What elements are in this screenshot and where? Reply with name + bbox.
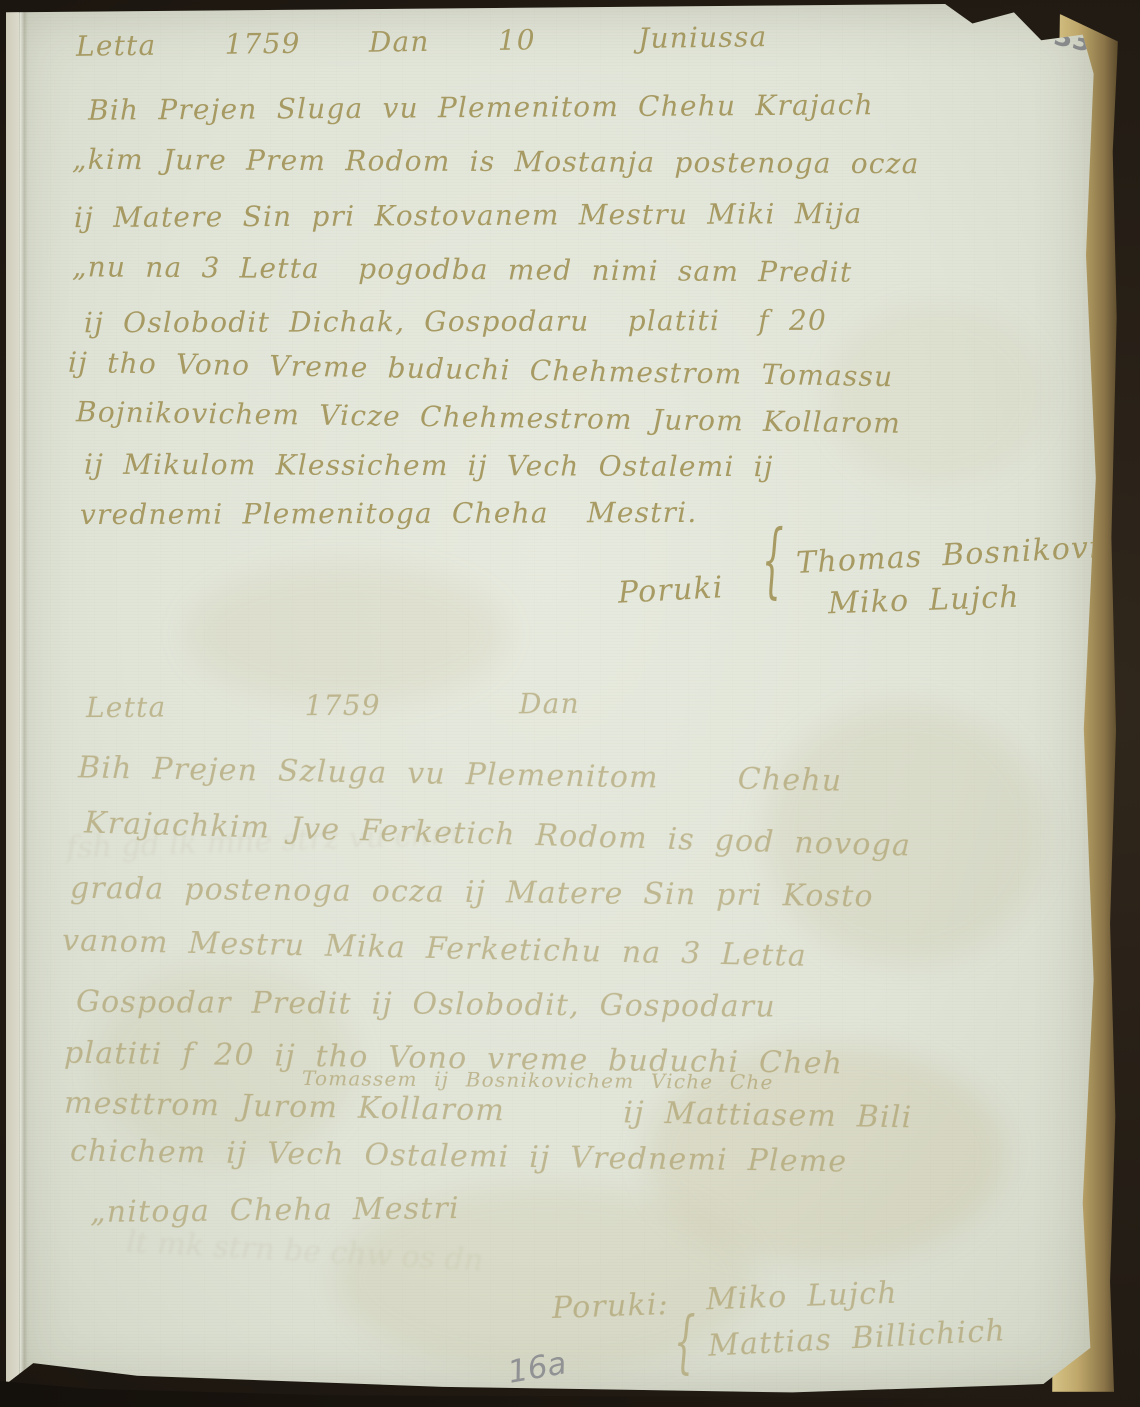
brace-glyph: { [762, 544, 785, 578]
page-left-edge [6, 4, 19, 1398]
manuscript-page: ​fsh gd lk mne strz vu chm ​lt mk strn b… [6, 4, 1098, 1398]
brace-glyph: { [674, 1326, 697, 1360]
manuscript-line: „nitoga Cheha Mestri [90, 1194, 460, 1228]
witness-signature: Miko Lujch [828, 583, 1021, 620]
manuscript-line: vrednemi Plemenitoga Cheha Mestri. [80, 499, 698, 529]
binding-crease [20, 4, 28, 1398]
guarantor-label: Poruki [617, 573, 724, 608]
entry-heading: Letta 1759 Dan [86, 690, 580, 722]
manuscript-line: ij Oslobodit Dichak, Gospodaru platiti f… [84, 307, 827, 338]
manuscript-line: ij Matere Sin pri Kostovanem Mestru Miki… [74, 200, 863, 232]
guarantor-label: Poruki: [552, 1290, 670, 1324]
manuscript-line: „kim Jure Prem Rodom is Mostanja posteno… [72, 146, 920, 178]
interline-insertion: Tomassem ij Bosnikovichem Viche Che [302, 1068, 774, 1092]
manuscript-line: Gospodar Predit ij Oslobodit, Gospodaru [76, 988, 776, 1023]
manuscript-line: grada postenoga ocza ij Matere Sin pri K… [70, 874, 874, 912]
manuscript-line: Bih Prejen Sluga vu Plemenitom Chehu Kra… [88, 91, 874, 124]
manuscript-line: ij Mikulom Klessichem ij Vech Ostalemi i… [84, 451, 774, 481]
book-background: ​fsh gd lk mne strz vu chm ​lt mk strn b… [0, 0, 1140, 1407]
witness-signature: Miko Lujch [706, 1279, 899, 1316]
manuscript-line: „nu na 3 Letta pogodba med nimi sam Pred… [72, 253, 853, 286]
